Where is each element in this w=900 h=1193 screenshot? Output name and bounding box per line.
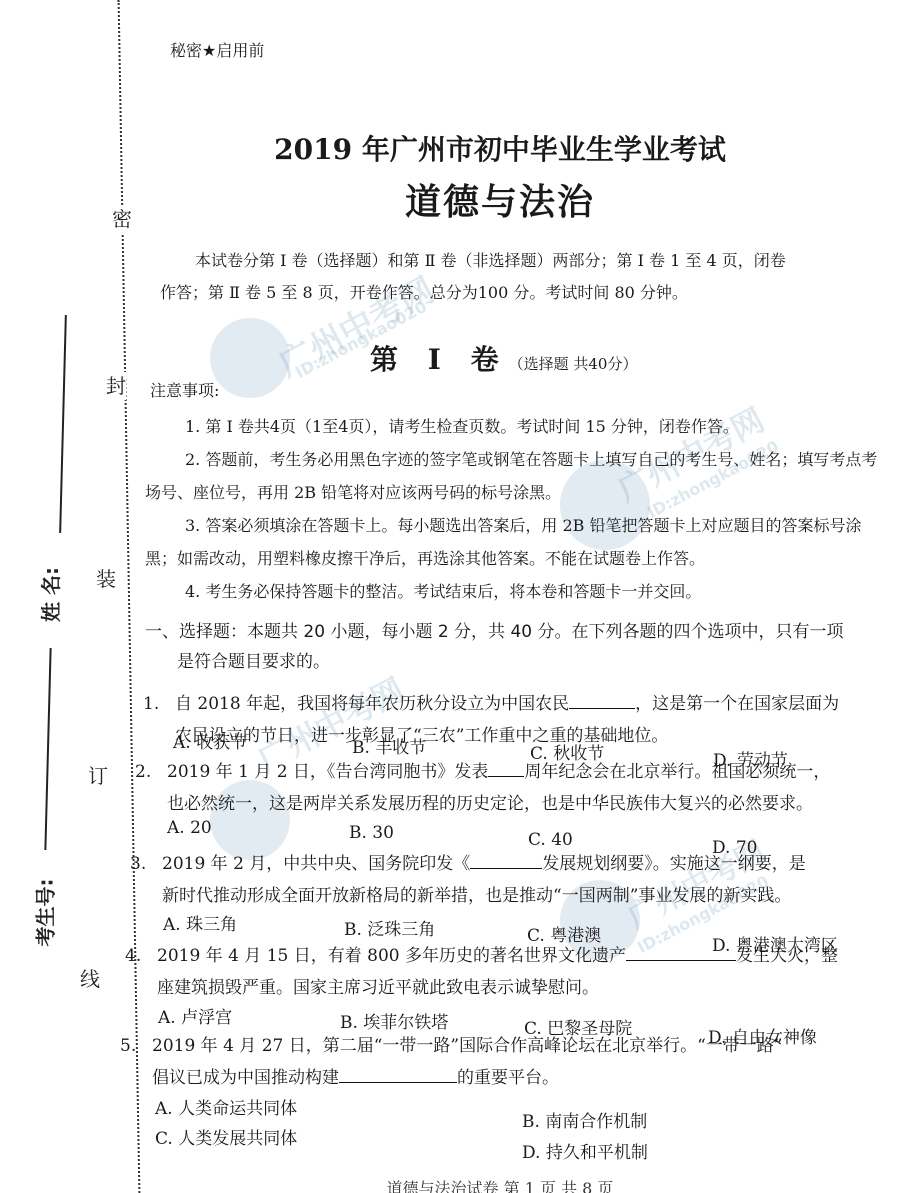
option-a[interactable]: A. 卢浮宫	[158, 1003, 232, 1028]
question-text: 的重要平台。	[457, 1068, 559, 1088]
option-c[interactable]: C. 40	[528, 830, 573, 850]
question-text: 自 2018 年起，我国将每年农历秋分设立为中国农民	[175, 694, 569, 714]
watermark-1	[210, 318, 290, 398]
name-label: 姓 名:	[35, 567, 64, 622]
volume-title-main: 第 Ⅰ 卷	[370, 343, 509, 376]
section-line-1: 一、选择题：本题共 20 小题，每小题 2 分，共 40 分。在下列各题的四个选…	[145, 617, 885, 647]
option-a[interactable]: A. 珠三角	[163, 910, 237, 935]
notice-list: 1. 第 Ⅰ 卷共4页（1至4页），请考生检查页数。考试时间 15 分钟，闭卷作…	[145, 410, 885, 608]
option-a[interactable]: A. 20	[167, 818, 212, 838]
seal-char-ding: 订	[88, 762, 108, 790]
answer-blank	[339, 1064, 457, 1083]
intro-paragraph: 本试卷分第 Ⅰ 卷（选择题）和第 Ⅱ 卷（非选择题）两部分；第 Ⅰ 卷 1 至 …	[160, 245, 880, 309]
question-text: 2019 年 1 月 2 日，《告台湾同胞书》发表	[167, 762, 488, 782]
question-text: 也必然统一，这是两岸关系发展历程的历史定论，也是中华民族伟大复兴的必然要求。	[167, 794, 813, 814]
exam-id-signature-line[interactable]	[44, 648, 51, 850]
section-heading: 一、选择题：本题共 20 小题，每小题 2 分，共 40 分。在下列各题的四个选…	[145, 617, 885, 677]
option-b[interactable]: B. 丰收节	[352, 733, 426, 758]
question-text: 2019 年 4 月 27 日，第二届“一带一路”国际合作高峰论坛在北京举行。“…	[152, 1036, 783, 1056]
notice-item: 2. 答题前，考生务必用黑色字迹的签字笔或钢笔在答题卡上填写自己的考生号、姓名；…	[145, 443, 885, 509]
seal-char-zhuang: 装	[96, 565, 116, 593]
answer-blank	[569, 690, 635, 709]
question-4: 4. 2019 年 4 月 15 日，有着 800 多年历史的著名世界文化遗产发…	[125, 940, 870, 1004]
volume-subtitle: （选择题 共40分）	[509, 355, 638, 373]
question-text: 2019 年 4 月 15 日，有着 800 多年历史的著名世界文化遗产	[157, 946, 626, 966]
option-b[interactable]: B. 30	[349, 823, 394, 843]
notice-item: 4. 考生务必保持答题卡的整洁。考试结束后，将本卷和答题卡一并交回。	[145, 575, 885, 608]
seal-char-xian: 线	[80, 965, 100, 993]
intro-line-1: 本试卷分第 Ⅰ 卷（选择题）和第 Ⅱ 卷（非选择题）两部分；第 Ⅰ 卷 1 至 …	[160, 245, 880, 277]
wechat-logo-icon	[210, 318, 290, 398]
question-text: 发生大火，整	[736, 946, 838, 966]
question-number: 4.	[125, 940, 141, 972]
exam-id-label: 考生号:	[30, 879, 59, 947]
question-text: 新时代推动形成全面开放新格局的新举措，也是推动“一国两制”事业发展的新实践。	[162, 886, 791, 906]
question-text: 周年纪念会在北京举行。祖国必须统一，	[524, 762, 830, 782]
page-footer: 道德与法治试卷 第 1 页 共 8 页	[0, 1176, 900, 1193]
name-signature-line[interactable]	[59, 315, 67, 533]
seal-char-feng: 封	[106, 372, 126, 400]
option-a[interactable]: A. 人类命运共同体	[155, 1094, 297, 1119]
question-number: 5.	[120, 1030, 136, 1062]
answer-blank	[470, 850, 542, 869]
question-3: 3. 2019 年 2 月，中共中央、国务院印发《发展规划纲要》。实施这一纲要，…	[130, 848, 860, 912]
answer-blank	[488, 758, 524, 777]
volume-title: 第 Ⅰ 卷（选择题 共40分）	[370, 338, 637, 378]
question-text: 倡议已成为中国推动构建	[152, 1068, 339, 1088]
question-text: 座建筑损毁严重。国家主席习近平就此致电表示诚挚慰问。	[157, 978, 599, 998]
question-text: 发展规划纲要》。实施这一纲要，是	[542, 854, 806, 874]
option-d[interactable]: D. 持久和平机制	[522, 1138, 648, 1163]
notice-item: 3. 答案必须填涂在答题卡上。每小题选出答案后，用 2B 铅笔把答题卡上对应题目…	[145, 509, 885, 575]
question-text: 2019 年 2 月，中共中央、国务院印发《	[162, 854, 470, 874]
question-2: 2. 2019 年 1 月 2 日，《告台湾同胞书》发表周年纪念会在北京举行。祖…	[135, 756, 865, 820]
secret-label: 秘密★启用前	[170, 38, 264, 61]
exam-title: 2019 年广州市初中毕业生学业考试	[0, 128, 900, 168]
option-a[interactable]: A. 收获节	[173, 728, 247, 753]
question-5: 5. 2019 年 4 月 27 日，第二届“一带一路”国际合作高峰论坛在北京举…	[120, 1030, 870, 1094]
intro-line-2: 作答；第 Ⅱ 卷 5 至 8 页，开卷作答。总分为100 分。考试时间 80 分…	[160, 277, 880, 309]
option-c[interactable]: C. 人类发展共同体	[155, 1124, 297, 1149]
section-line-2: 是符合题目要求的。	[145, 647, 885, 677]
option-b[interactable]: B. 南南合作机制	[522, 1107, 647, 1132]
question-1: 1. 自 2018 年起，我国将每年农历秋分设立为中国农民，这是第一个在国家层面…	[143, 688, 873, 752]
answer-blank	[626, 942, 736, 961]
subject-title: 道德与法治	[0, 174, 900, 225]
question-number: 2.	[135, 756, 151, 788]
notice-heading: 注意事项:	[150, 378, 219, 401]
question-text: ，这是第一个在国家层面为	[635, 694, 839, 714]
notice-item: 1. 第 Ⅰ 卷共4页（1至4页），请考生检查页数。考试时间 15 分钟，闭卷作…	[145, 410, 885, 443]
question-number: 1.	[143, 688, 159, 720]
question-number: 3.	[130, 848, 146, 880]
option-b[interactable]: B. 泛珠三角	[344, 915, 435, 940]
